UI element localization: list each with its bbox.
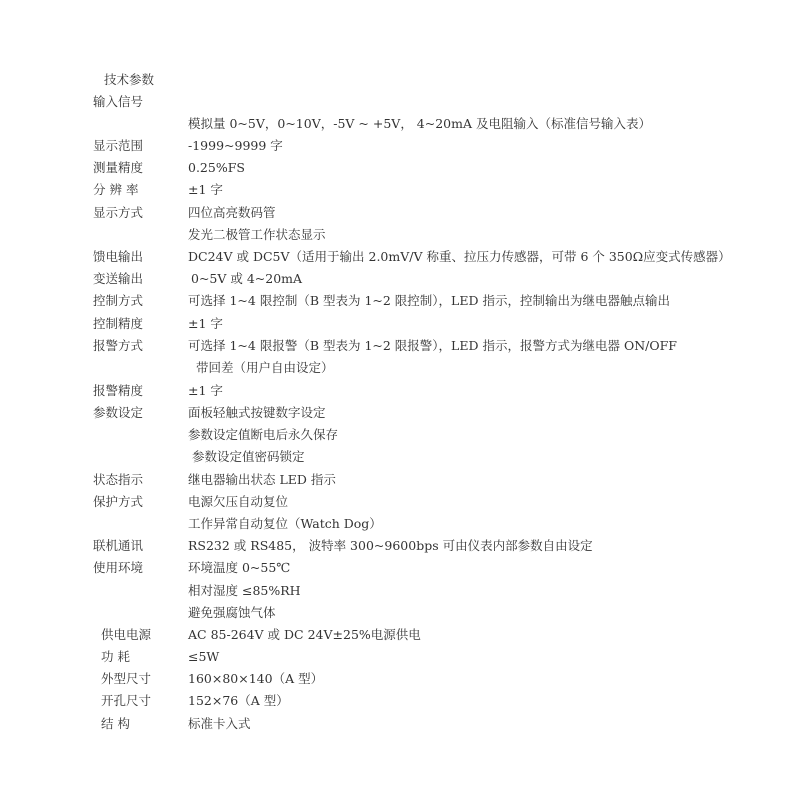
spec-label: 联机通讯 xyxy=(93,538,143,554)
spec-value: 参数设定值断电后永久保存 xyxy=(188,427,338,443)
document-heading: 技术参数 xyxy=(104,72,154,88)
spec-value: ±1 字 xyxy=(188,182,223,198)
spec-label: 控制精度 xyxy=(93,316,143,332)
spec-value: 发光二极管工作状态显示 xyxy=(188,227,326,243)
spec-value: -1999~9999 字 xyxy=(188,138,283,154)
spec-value: DC24V 或 DC5V（适用于输出 2.0mV/V 称重、拉压力传感器，可带 … xyxy=(188,249,731,265)
spec-label: 分 辨 率 xyxy=(93,182,138,198)
spec-value: 模拟量 0~5V，0~10V，-5V ~ +5V， 4~20mA 及电阻输入（标… xyxy=(188,116,651,132)
spec-value: ±1 字 xyxy=(188,316,223,332)
spec-value: 面板轻触式按键数字设定 xyxy=(188,405,326,421)
spec-value: RS232 或 RS485， 波特率 300~9600bps 可由仪表内部参数自… xyxy=(188,538,593,554)
spec-label: 显示方式 xyxy=(93,205,143,221)
spec-value: 0.25%FS xyxy=(188,160,245,176)
spec-value: 标准卡入式 xyxy=(188,716,251,732)
spec-document: 技术参数 输入信号模拟量 0~5V，0~10V，-5V ~ +5V， 4~20m… xyxy=(0,0,800,800)
spec-label: 馈电输出 xyxy=(93,249,143,265)
spec-value: 继电器输出状态 LED 指示 xyxy=(188,472,336,488)
spec-label: 状态指示 xyxy=(93,472,143,488)
spec-value: 带回差（用户自由设定） xyxy=(196,360,334,376)
spec-label: 开孔尺寸 xyxy=(101,693,151,709)
spec-value: AC 85-264V 或 DC 24V±25%电源供电 xyxy=(188,627,421,643)
spec-label: 使用环境 xyxy=(93,560,143,576)
spec-label: 变送输出 xyxy=(93,271,143,287)
spec-label: 外型尺寸 xyxy=(101,671,151,687)
spec-label: 结 构 xyxy=(101,716,130,732)
spec-label: 显示范围 xyxy=(93,138,143,154)
spec-value: ≤5W xyxy=(188,649,219,665)
spec-value: 工作异常自动复位（Watch Dog） xyxy=(188,516,382,532)
spec-value: 环境温度 0~55℃ xyxy=(188,560,290,576)
spec-label: 功 耗 xyxy=(101,649,130,665)
spec-value: 相对湿度 ≤85%RH xyxy=(188,583,301,599)
spec-label: 测量精度 xyxy=(93,160,143,176)
spec-value: 0~5V 或 4~20mA xyxy=(191,271,302,287)
spec-label: 参数设定 xyxy=(93,405,143,421)
spec-label: 输入信号 xyxy=(93,94,143,110)
spec-value: 可选择 1~4 限控制（B 型表为 1~2 限控制），LED 指示，控制输出为继… xyxy=(188,293,670,309)
spec-value: 160×80×140（A 型） xyxy=(188,671,323,687)
spec-label: 报警精度 xyxy=(93,383,143,399)
spec-value: 参数设定值密码锁定 xyxy=(192,449,305,465)
spec-label: 保护方式 xyxy=(93,494,143,510)
spec-value: 电源欠压自动复位 xyxy=(188,494,288,510)
spec-value: 可选择 1~4 限报警（B 型表为 1~2 限报警），LED 指示，报警方式为继… xyxy=(188,338,677,354)
spec-value: ±1 字 xyxy=(188,383,223,399)
spec-label: 控制方式 xyxy=(93,293,143,309)
spec-label: 供电电源 xyxy=(101,627,151,643)
spec-label: 报警方式 xyxy=(93,338,143,354)
spec-value: 四位高亮数码管 xyxy=(188,205,276,221)
spec-value: 避免强腐蚀气体 xyxy=(188,605,276,621)
spec-value: 152×76（A 型） xyxy=(188,693,289,709)
